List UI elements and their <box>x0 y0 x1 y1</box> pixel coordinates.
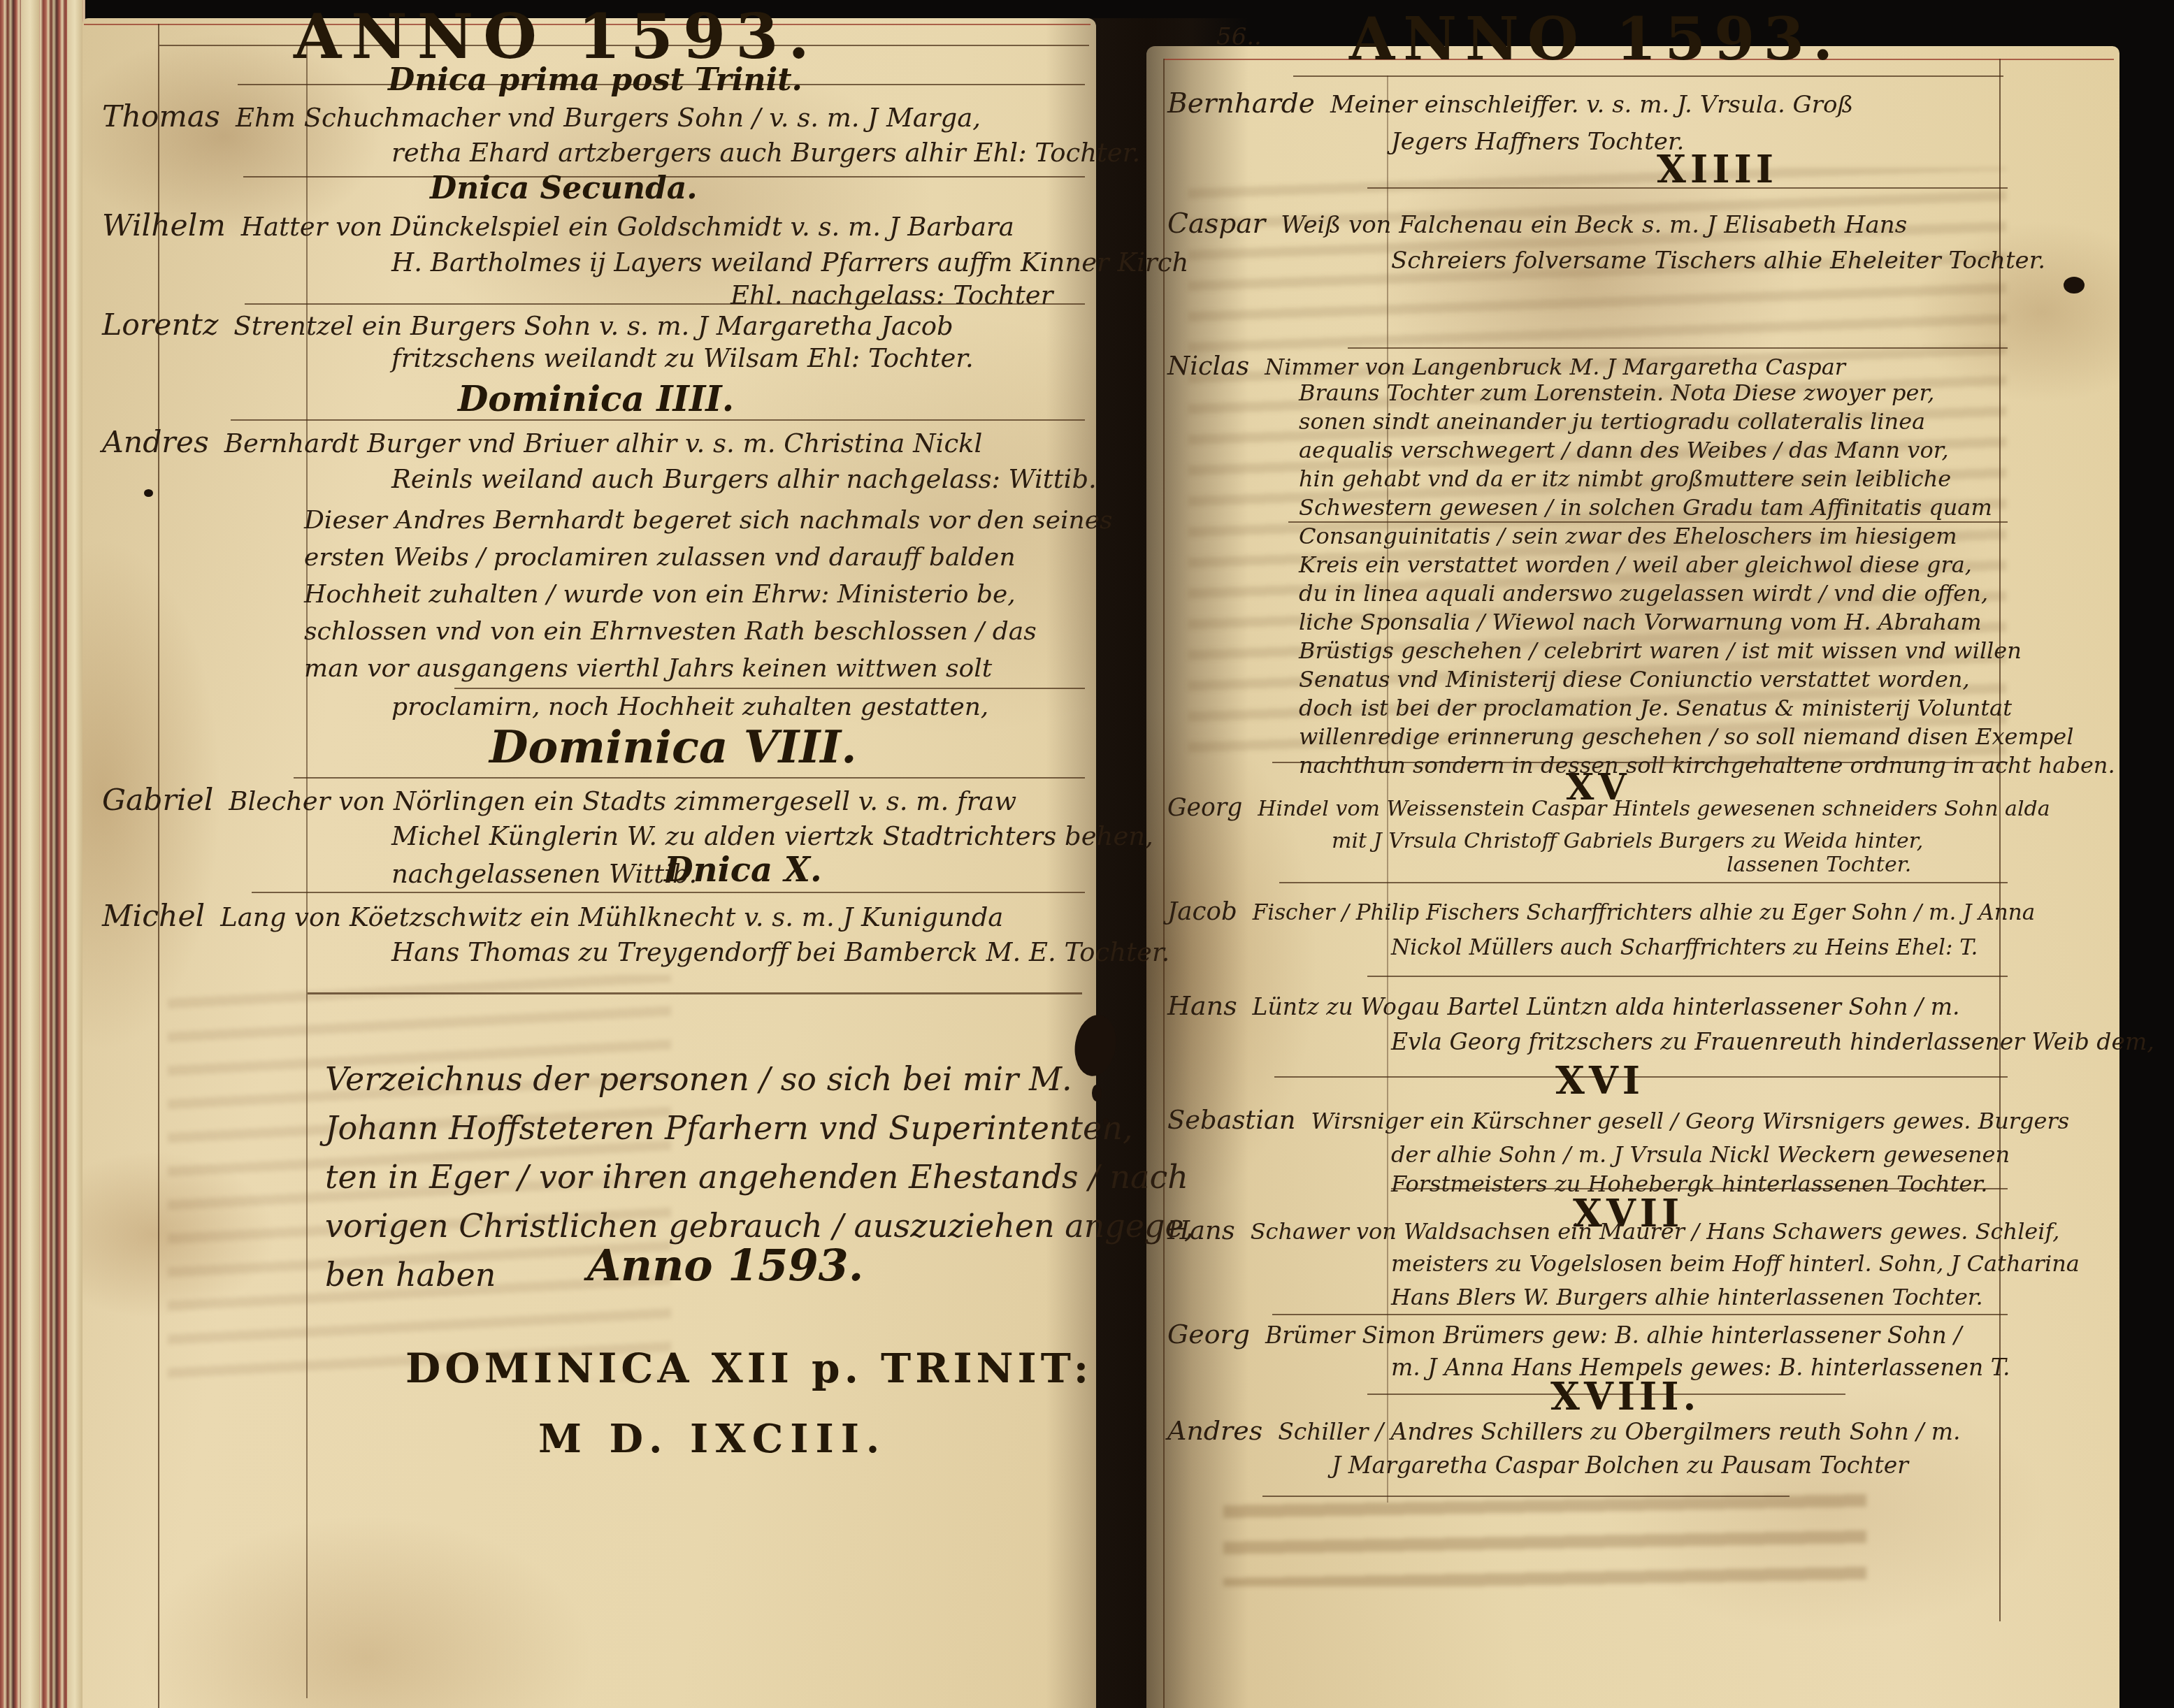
ruled-line <box>252 892 1085 893</box>
groom-name: Michel <box>102 902 205 933</box>
entry-line: ThomasEhm Schuchmacher vnd Burgers Sohn … <box>102 102 981 133</box>
entry-line: Schwestern gewesen / in solchen Gradu ta… <box>1299 496 1992 520</box>
entry-line: meisters zu Vogelslosen beim Hoff hinter… <box>1391 1252 2080 1276</box>
entry-line: GeorgBrümer Simon Brümers gew: B. alhie … <box>1167 1321 1961 1349</box>
entry-line: Hans Blers W. Burgers alhie hinterlassen… <box>1391 1286 1983 1310</box>
entry-text: Weiß von Falchenau ein Beck s. m. J Elis… <box>1281 211 1907 239</box>
entry-line: Reinls weiland auch Burgers alhir nachge… <box>391 466 1097 493</box>
entry-line: Forstmeisters zu Hohebergk hinterlassene… <box>1391 1173 1987 1196</box>
heading-xiiii: XIIII <box>1657 150 1778 189</box>
right-page-year-header: ANNO 1593. <box>1349 8 1841 70</box>
groom-name: Bernharde <box>1167 89 1315 118</box>
book-fore-edge-stripes <box>0 0 85 1708</box>
ink-blot <box>1092 1085 1102 1101</box>
ruled-line <box>1272 1314 2008 1315</box>
entry-line: BernhardeMeiner einschleiffer. v. s. m. … <box>1167 89 1853 118</box>
note-line: schlossen vnd von ein Ehrnvesten Rath be… <box>304 618 1037 645</box>
preface-line: Verzeichnus der personen / so sich bei m… <box>325 1062 1072 1096</box>
entry-line: Consanguinitatis / sein zwar des Ehelosc… <box>1299 525 1957 549</box>
entry-text: Strentzel ein Burgers Sohn v. s. m. J Ma… <box>233 311 953 341</box>
ruled-line <box>1262 1496 1790 1497</box>
entry-line: Ehl. nachgelass: Tochter <box>730 282 1053 310</box>
entry-line: H. Bartholmes ij Layers weiland Pfarrers… <box>391 249 1188 277</box>
left-page-year-header: ANNO 1593. <box>294 4 819 68</box>
ruled-line <box>308 992 1082 994</box>
preface-line: vorigen Christlichen gebrauch / auszuzie… <box>325 1209 1194 1243</box>
entry-line: nachgelassenen Wittib. <box>391 861 697 888</box>
heading-dominica-viii: Dominica VIII. <box>489 724 857 771</box>
entry-line: WilhelmHatter von Dünckelspiel ein Golds… <box>102 211 1014 243</box>
groom-name: Caspar <box>1167 210 1265 238</box>
entry-line: sonen sindt aneinander ju tertiogradu co… <box>1299 410 1925 434</box>
entry-line: Hans Thomas zu Treygendorff bei Bamberck… <box>391 939 1169 967</box>
entry-text: Hatter von Dünckelspiel ein Goldschmidt … <box>241 212 1014 242</box>
heading-dominica-xii: DOMINICA XII p. TRINIT: <box>405 1347 1093 1390</box>
entry-line: mit J Vrsula Christoff Gabriels Burgers … <box>1332 830 1923 853</box>
entry-line: HansSchawer von Waldsachsen ein Maurer /… <box>1167 1217 2059 1245</box>
entry-text: Schawer von Waldsachsen ein Maurer / Han… <box>1251 1218 2060 1245</box>
ruled-line <box>1367 976 2008 977</box>
fore-edge-cream-strip <box>67 0 82 1708</box>
entry-text: Fischer / Philip Fischers Scharffrichter… <box>1253 900 2035 925</box>
ruled-line <box>1279 882 2008 883</box>
groom-name: Wilhelm <box>102 211 226 243</box>
entry-line: retha Ehard artzbergers auch Burgers alh… <box>391 140 1140 167</box>
entry-line: Kreis ein verstattet worden / weil aber … <box>1299 553 1972 577</box>
groom-name: Lorentz <box>102 310 218 342</box>
heading-dnica-x: Dnica X. <box>664 853 822 888</box>
groom-name: Georg <box>1167 1321 1250 1349</box>
entry-text: Meiner einschleiffer. v. s. m. J. Vrsula… <box>1330 91 1853 119</box>
note-line: ersten Weibs / proclamiren zulassen vnd … <box>304 544 1016 571</box>
groom-name: Hans <box>1167 992 1237 1020</box>
entry-line: aequalis verschwegert / dann des Weibes … <box>1299 439 1949 463</box>
entry-text: Blecher von Nörlingen ein Stadts zimmerg… <box>229 786 1016 816</box>
heading-dominica-iiii: Dominica IIII. <box>458 381 734 418</box>
entry-text: Wirsniger ein Kürschner gesell / Georg W… <box>1311 1108 2070 1134</box>
groom-name: Niclas <box>1167 353 1249 380</box>
entry-line: Brauns Tochter zum Lorenstein. Nota Dies… <box>1299 382 1934 405</box>
entry-line: der alhie Sohn / m. J Vrsula Nickl Wecke… <box>1391 1143 2010 1167</box>
entry-line: CasparWeiß von Falchenau ein Beck s. m. … <box>1167 210 1907 238</box>
groom-name: Andres <box>102 428 209 459</box>
groom-name: Hans <box>1167 1217 1235 1245</box>
entry-text: Lang von Köetzschwitz ein Mühlknecht v. … <box>220 902 1003 932</box>
groom-name: Sebastian <box>1167 1107 1296 1134</box>
margin-line <box>306 45 308 1698</box>
entry-line: MichelLang von Köetzschwitz ein Mühlknec… <box>102 902 1003 933</box>
entry-line: Brüstigs geschehen / celebrirt waren / i… <box>1299 639 2022 663</box>
entry-text: Ehm Schuchmacher vnd Burgers Sohn / v. s… <box>236 103 981 133</box>
margin-line <box>1999 59 2001 1621</box>
groom-name: Gabriel <box>102 786 213 817</box>
entry-line: Schreiers folversame Tischers alhie Ehel… <box>1391 249 2045 274</box>
groom-name: Thomas <box>102 102 220 133</box>
ruled-line <box>1348 347 2008 349</box>
ruled-line <box>454 688 1085 689</box>
margin-line <box>158 24 159 1708</box>
entry-line: willenredige erinnerung geschehen / so s… <box>1299 725 2073 749</box>
anno-flourish: Anno 1593. <box>587 1243 863 1288</box>
heading-xvi: XVI <box>1555 1061 1644 1101</box>
entry-text: Lüntz zu Wogau Bartel Lüntzn alda hinter… <box>1253 993 1960 1020</box>
entry-line: Michel Künglerin W. zu alden viertzk Sta… <box>391 823 1153 851</box>
entry-line: GeorgHindel vom Weissenstein Caspar Hint… <box>1167 795 2050 820</box>
entry-line: GabrielBlecher von Nörlingen ein Stadts … <box>102 786 1016 817</box>
groom-name: Jacob <box>1167 899 1237 925</box>
entry-text: Nimmer von Langenbruck M. J Margaretha C… <box>1265 354 1845 380</box>
note-line: proclamirn, noch Hochheit zuhalten gesta… <box>391 694 988 721</box>
note-line: Dieser Andres Bernhardt begeret sich nac… <box>304 507 1113 534</box>
ruled-line <box>1293 75 2003 77</box>
entry-line: NiclasNimmer von Langenbruck M. J Margar… <box>1167 353 1845 380</box>
ink-blot <box>144 489 153 497</box>
heading-dnica-secunda: Dnica Secunda. <box>430 173 698 205</box>
entry-line: AndresBernhardt Burger vnd Briuer alhir … <box>102 428 982 459</box>
entry-line: JacobFischer / Philip Fischers Scharffri… <box>1167 899 2035 925</box>
entry-line: AndresSchiller / Andres Schillers zu Obe… <box>1167 1417 1961 1445</box>
ruled-line <box>294 777 1085 779</box>
ruled-line <box>231 419 1085 421</box>
heading-dnica-prima: Dnica prima post Trinit. <box>388 64 802 96</box>
groom-name: Georg <box>1167 795 1242 820</box>
entry-line: du in linea aquali anderswo zugelassen w… <box>1299 582 1988 606</box>
groom-name: Andres <box>1167 1417 1262 1445</box>
entry-line: lassenen Tochter. <box>1727 854 1911 876</box>
preface-line: ten in Eger / vor ihren angehenden Ehest… <box>325 1160 1188 1194</box>
entry-line: LorentzStrentzel ein Burgers Sohn v. s. … <box>102 310 953 342</box>
entry-line: J Margaretha Caspar Bolchen zu Pausam To… <box>1332 1454 1908 1478</box>
entry-line: Senatus vnd Ministerij diese Coniunctio … <box>1299 668 1970 692</box>
margin-line <box>1163 59 1165 1708</box>
entry-line: HansLüntz zu Wogau Bartel Lüntzn alda hi… <box>1167 992 1959 1020</box>
entry-line: Nickol Müllers auch Scharffrichters zu H… <box>1391 936 1978 960</box>
entry-line: SebastianWirsniger ein Kürschner gesell … <box>1167 1107 2069 1134</box>
margin-line <box>1387 75 1388 1503</box>
book-right-red-edge <box>2112 0 2174 1708</box>
fore-edge-cream-strip <box>21 0 39 1708</box>
entry-line: fritzschens weilandt zu Wilsam Ehl: Toch… <box>391 345 974 372</box>
heading-xviii: XVIII. <box>1550 1377 1700 1417</box>
entry-line: Evla Georg fritzschers zu Frauenreuth hi… <box>1391 1030 2154 1055</box>
entry-text: Schiller / Andres Schillers zu Obergilme… <box>1278 1418 1960 1445</box>
entry-text: Hindel vom Weissenstein Caspar Hintels g… <box>1258 797 2050 821</box>
page-number: 56.. <box>1216 25 1262 50</box>
ink-bleedthrough <box>1223 1482 1866 1586</box>
preface-line: ben haben <box>325 1258 496 1291</box>
ink-blot <box>1103 1118 1109 1125</box>
entry-line: liche Sponsalia / Wiewol nach Vorwarnung… <box>1299 611 1982 635</box>
entry-line: doch ist bei der proclamation Je. Senatu… <box>1299 697 2012 721</box>
note-line: Hochheit zuhalten / wurde von ein Ehrw: … <box>304 581 1016 608</box>
entry-line: hin gehabt vnd da er itz nimbt großmutte… <box>1299 468 1951 491</box>
heading-md-ixciii: M D. IXCIII. <box>538 1419 886 1460</box>
entry-text: Bernhardt Burger vnd Briuer alhir v. s. … <box>224 428 983 458</box>
preface-line: Johann Hoffsteteren Pfarhern vnd Superin… <box>325 1111 1133 1145</box>
entry-line: Jegers Haffners Tochter. <box>1391 130 1684 155</box>
note-line: man vor ausgangens vierthl Jahrs keinen … <box>304 656 992 682</box>
entry-line: nachthun sondern in dessen soll kirchgeh… <box>1299 754 2115 778</box>
entry-line: m. J Anna Hans Hempels gewes: B. hinterl… <box>1391 1356 2010 1380</box>
ink-blot <box>2064 277 2085 294</box>
entry-text: Brümer Simon Brümers gew: B. alhie hinte… <box>1265 1322 1961 1349</box>
